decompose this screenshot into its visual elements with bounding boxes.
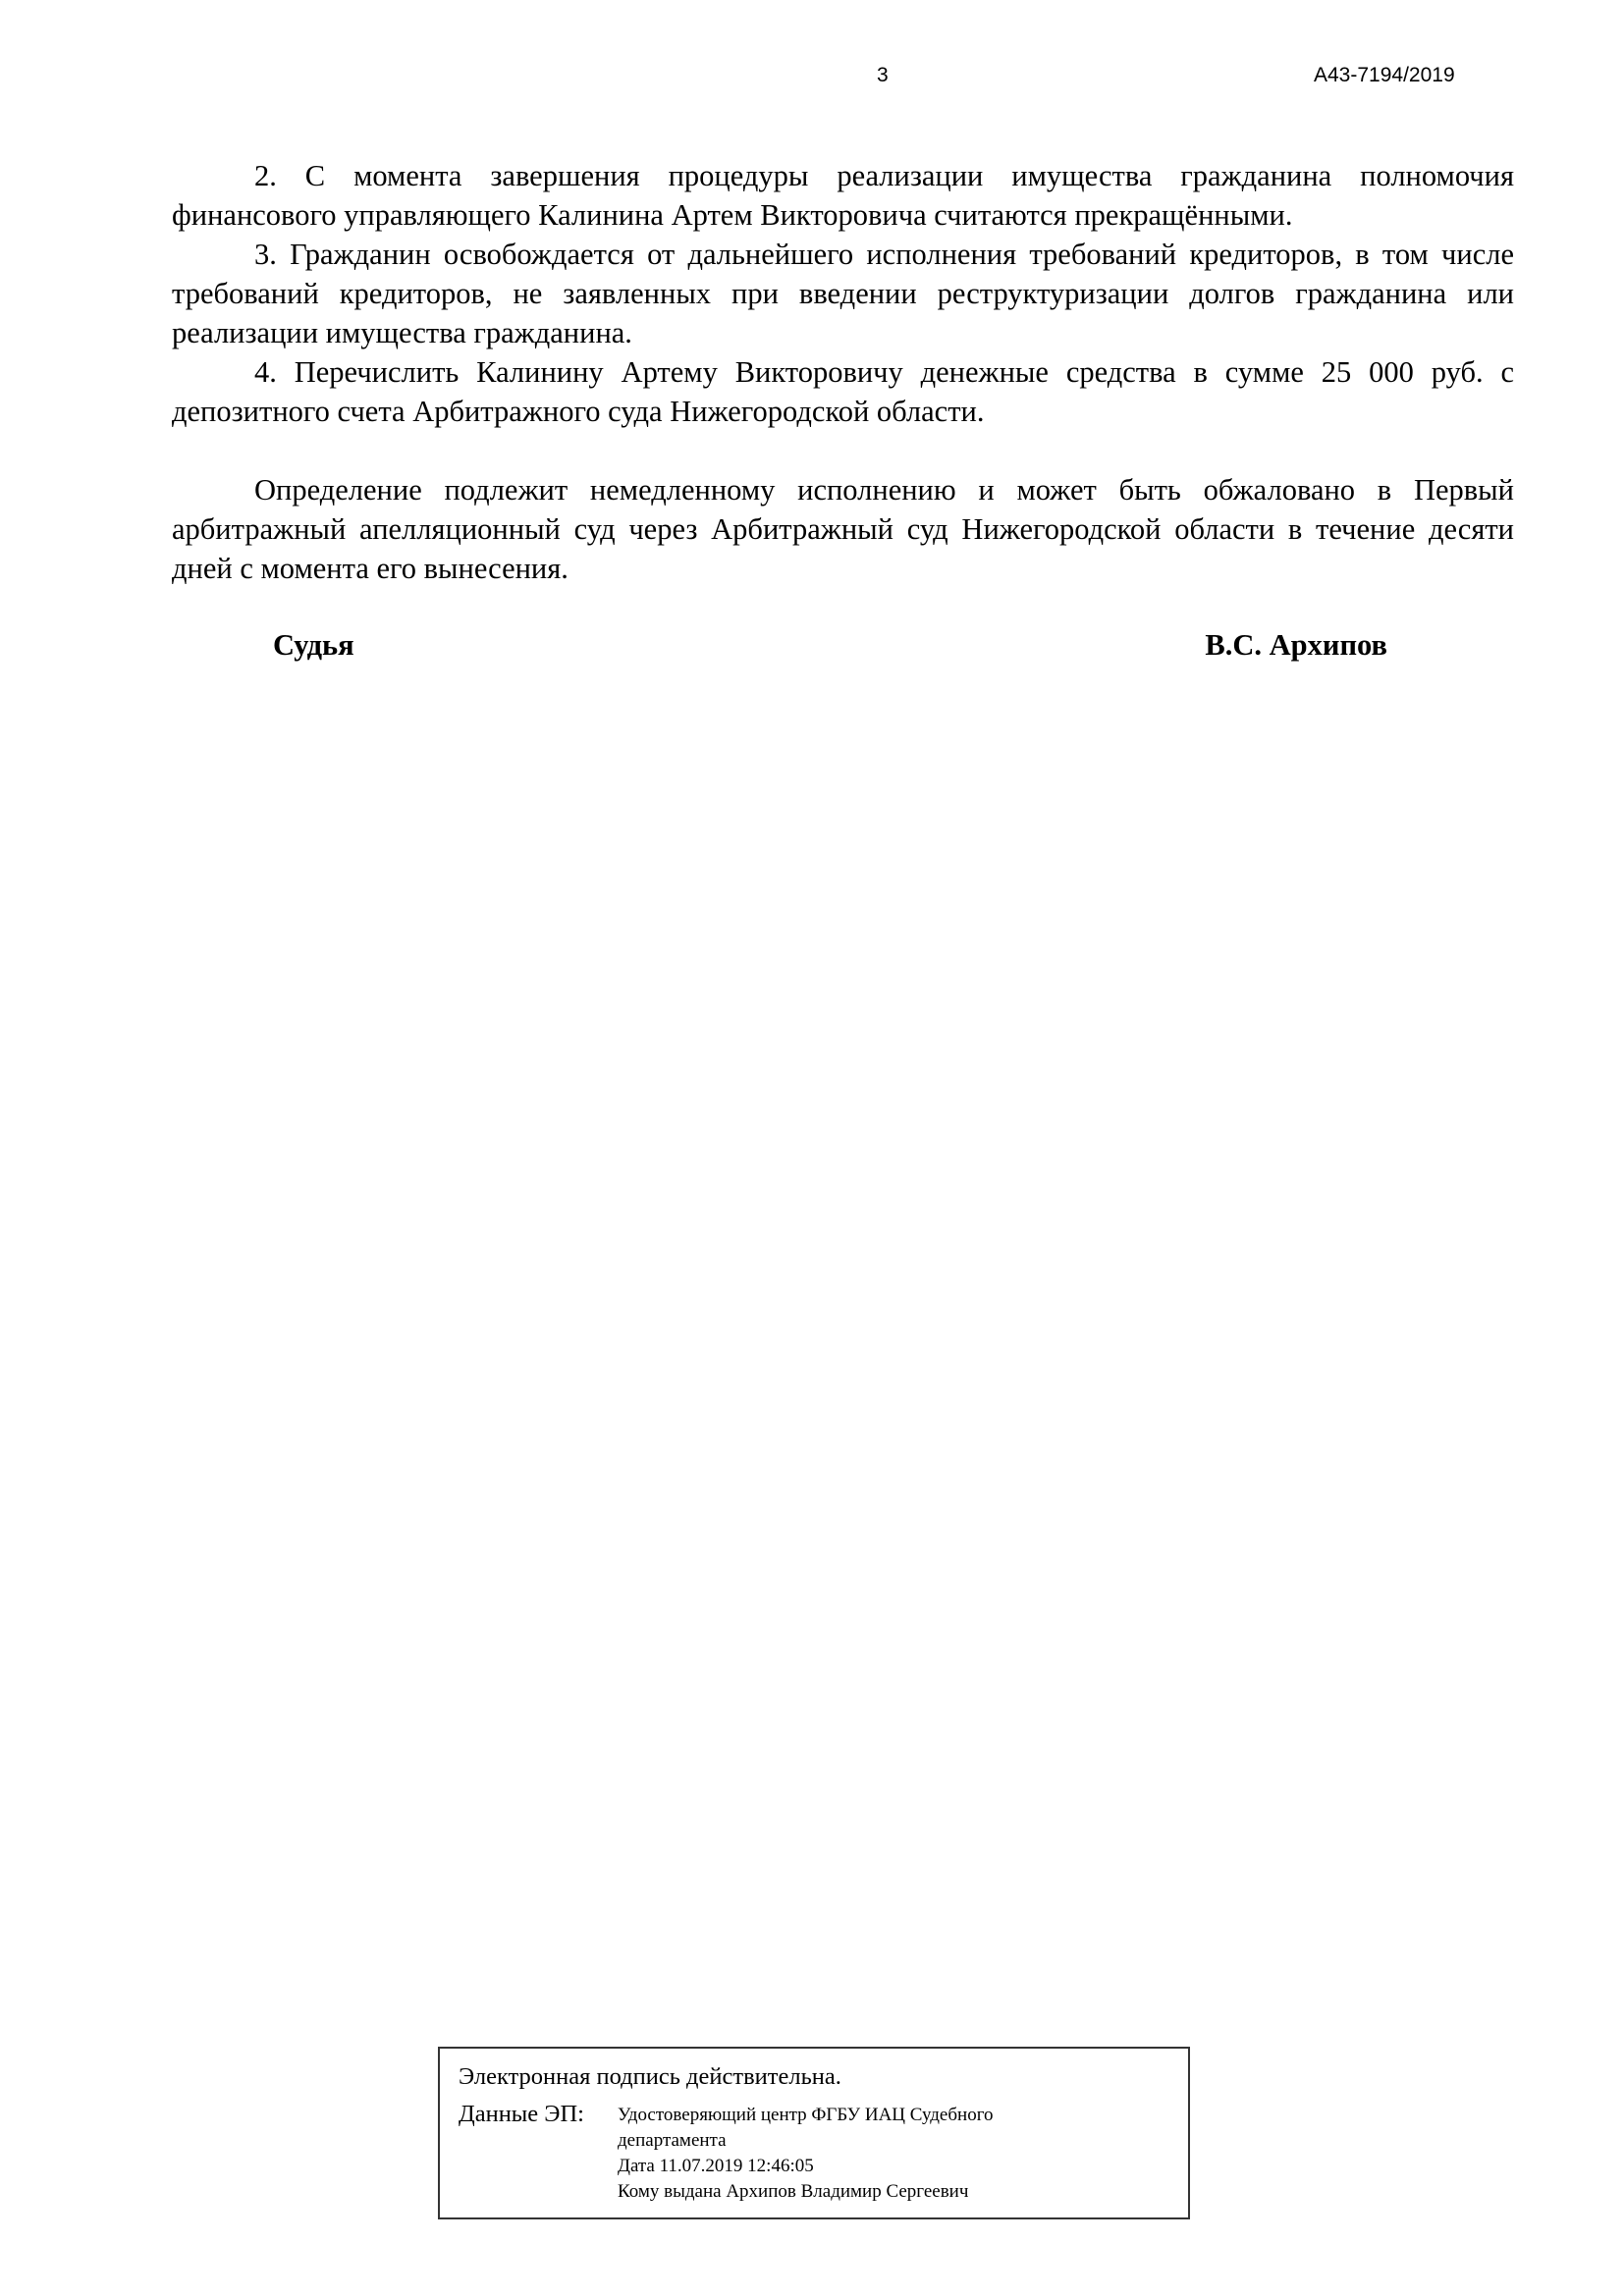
signature-issuer: Удостоверяющий центр ФГБУ ИАЦ Судебного: [618, 2103, 1167, 2128]
document-body: 2. С момента завершения процедуры реализ…: [172, 156, 1514, 588]
electronic-signature-stamp: Электронная подпись действительна. Данны…: [438, 2047, 1190, 2219]
judge-title: Судья: [273, 625, 354, 665]
judge-name: В.С. Архипов: [1205, 625, 1387, 665]
page-number: 3: [877, 63, 889, 88]
signature-date: Дата 11.07.2019 12:46:05: [618, 2154, 1167, 2179]
signature-status: Электронная подпись действительна.: [459, 2062, 841, 2092]
case-number: А43-7194/2019: [1314, 63, 1455, 88]
signature-issued-to: Кому выдана Архипов Владимир Сергеевич: [618, 2179, 1167, 2205]
paragraph-appeal-notice: Определение подлежит немедленному исполн…: [172, 470, 1514, 588]
signature-details: Удостоверяющий центр ФГБУ ИАЦ Судебного …: [618, 2103, 1167, 2205]
signature-issuer-cont: департамента: [618, 2128, 1167, 2154]
signature-data-label: Данные ЭП:: [459, 2100, 584, 2129]
paragraph-item-4: 4. Перечислить Калинину Артему Викторови…: [172, 352, 1514, 431]
paragraph-item-3: 3. Гражданин освобождается от дальнейшег…: [172, 235, 1514, 352]
paragraph-item-2: 2. С момента завершения процедуры реализ…: [172, 156, 1514, 235]
